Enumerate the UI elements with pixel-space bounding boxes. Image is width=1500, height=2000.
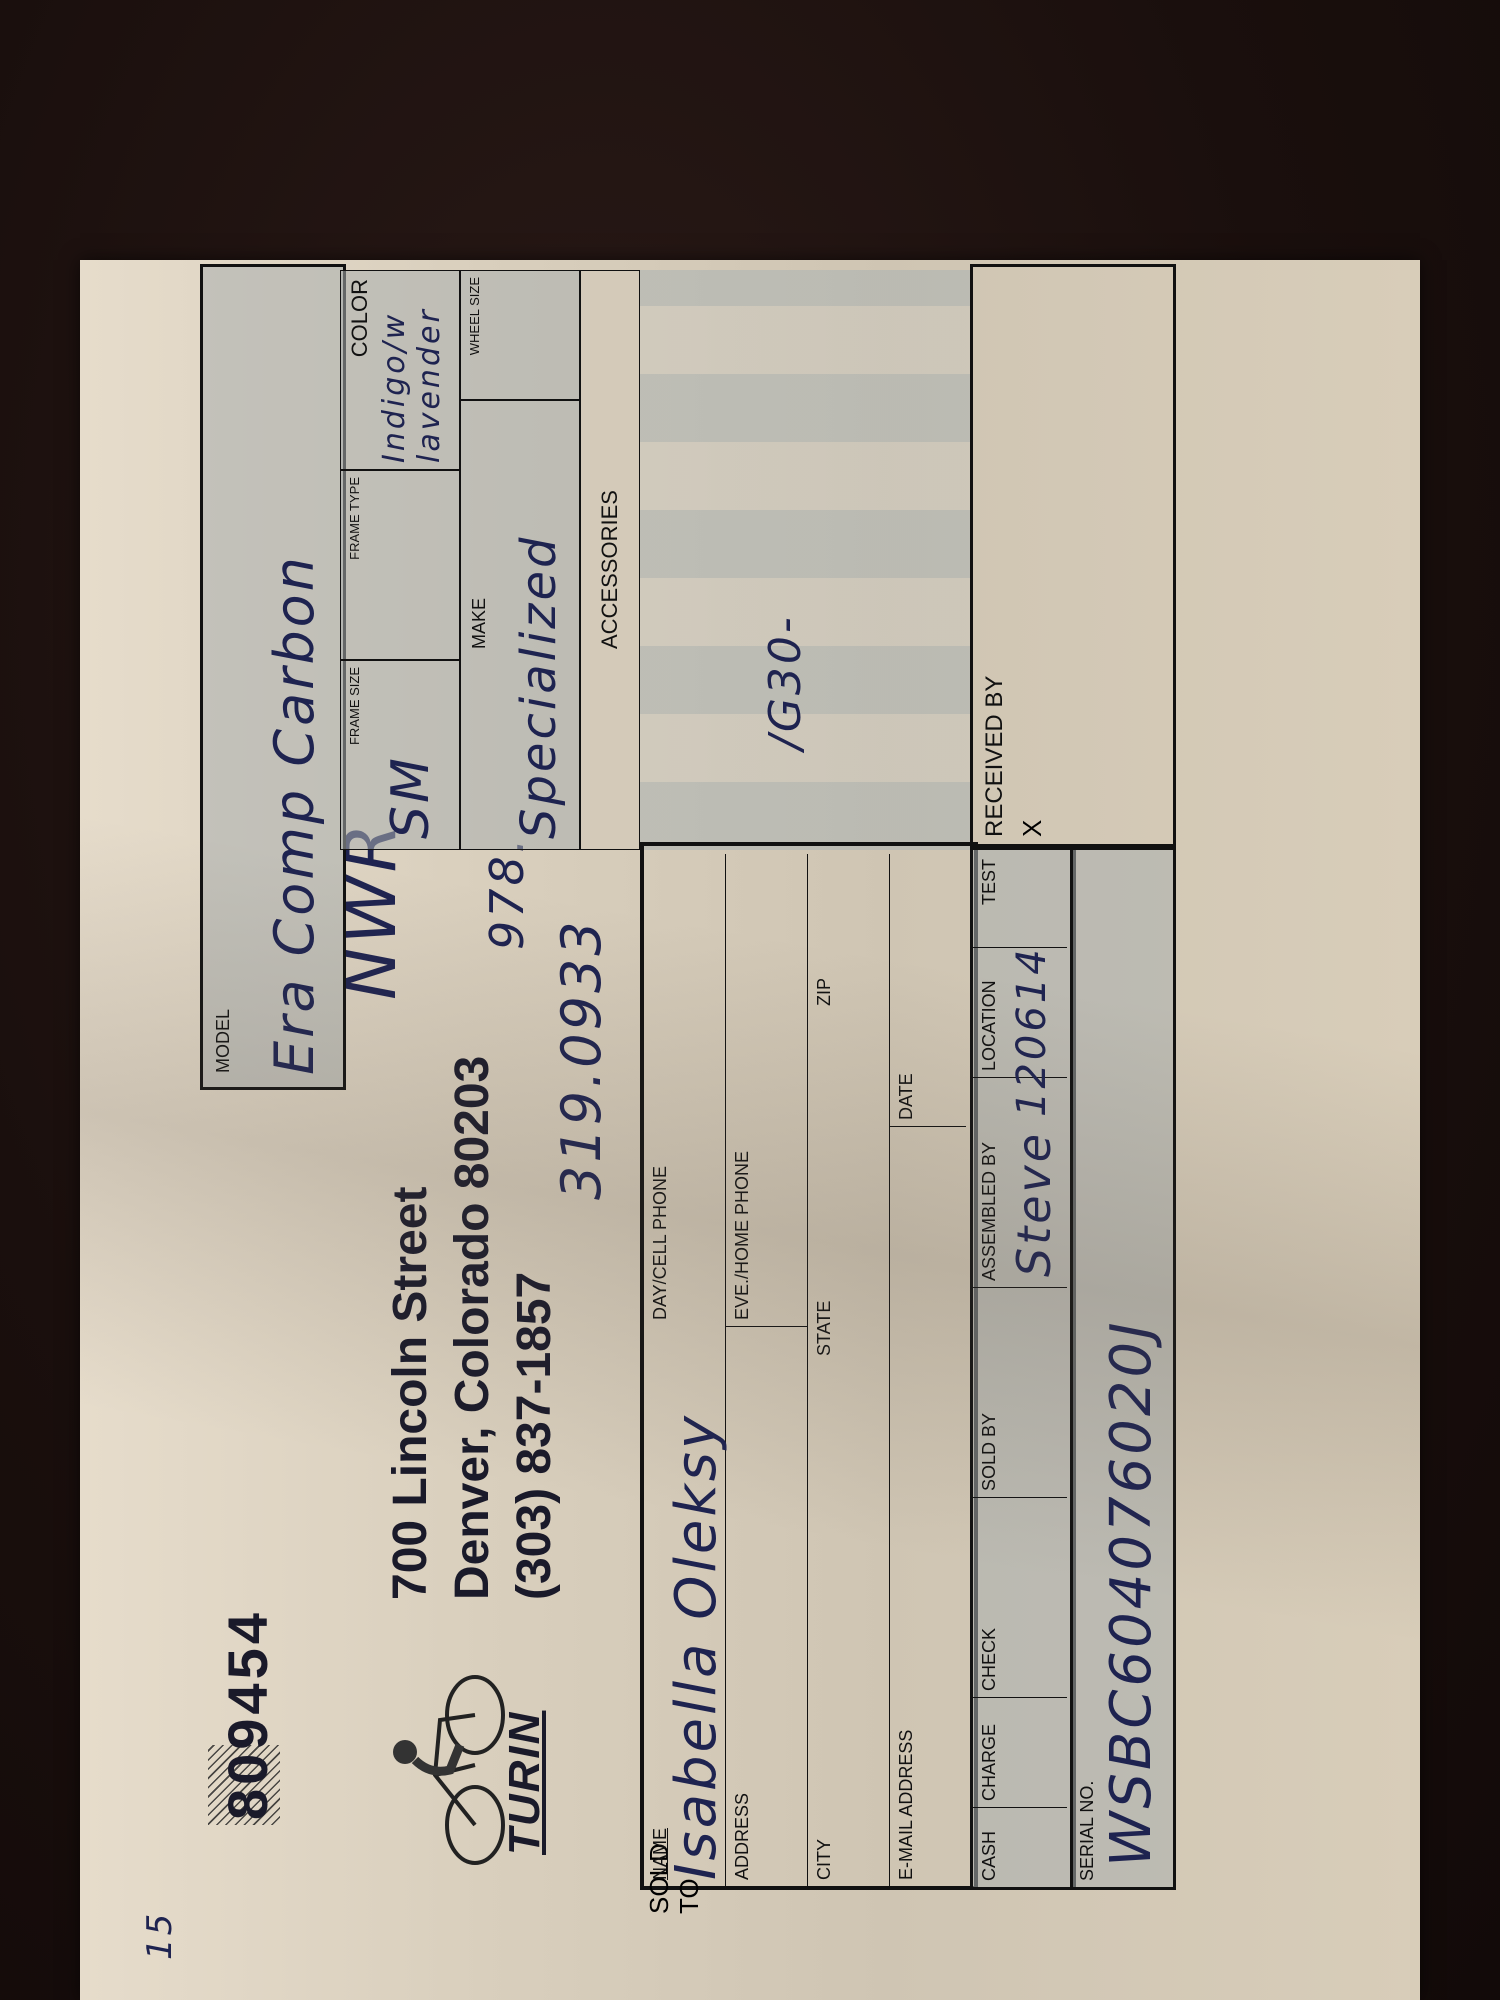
model-label: MODEL [213,1009,234,1073]
eve-phone-label: EVE./HOME PHONE [732,1151,753,1320]
location-label: LOCATION [979,980,1000,1071]
address-label: ADDRESS [732,1793,753,1880]
shop-address: 700 Lincoln Street Denver, Colorado 8020… [380,1056,566,1600]
name-value: Isabella Oleksy [664,1413,729,1880]
city-label: CITY [814,1839,835,1880]
corner-mark: 15 [140,1911,180,1960]
shop-brand: TURIN [500,1711,550,1855]
receipt-number: 809454 [215,1609,280,1820]
received-by-field: RECEIVED BY X [970,264,1176,850]
sales-receipt: 15 809454 TURIN 700 Lincoln Street Denve… [80,260,1420,2000]
make-label: MAKE [469,598,490,649]
email-field: E-MAIL ADDRESS [890,1126,966,1886]
model-value: Era Comp Carbon [263,554,326,1075]
color-label: COLOR [347,279,373,357]
model-field: MODEL Era Comp Carbon [200,264,346,1090]
frame-type-field: FRAME TYPE [340,470,460,660]
assembled-by-label: ASSEMBLED BY [979,1142,1000,1281]
accessories-field: ACCESSORIES [580,270,640,850]
state-label: STATE [814,1301,835,1356]
eve-phone-field: EVE./HOME PHONE [726,854,808,1326]
date-label: DATE [896,1073,917,1120]
test-field: TEST [973,853,1067,947]
location-field: LOCATION 120614 [973,947,1067,1077]
frame-size-label: FRAME SIZE [347,667,362,745]
frame-size-value: SM [381,755,441,839]
city-state-zip-row: CITY STATE ZIP [808,854,890,1886]
name-field: NAME Isabella Oleksy [644,1326,726,1886]
date-field: DATE [890,854,966,1126]
charge-field: CHARGE [973,1697,1067,1807]
cash-label: CASH [979,1831,1000,1881]
serial-label: SERIAL NO. [1077,1781,1098,1881]
wheel-size-label: WHEEL SIZE [467,277,482,355]
frame-size-field: FRAME SIZE SM [340,660,460,850]
frame-row: FRAME SIZE SM FRAME TYPE COLOR Indigo/w … [340,270,460,850]
email-label: E-MAIL ADDRESS [896,1730,917,1880]
signature-line-mark: X [1017,820,1048,837]
sold-to-label: SOLD TO [644,1888,704,1914]
serial-field: SERIAL NO. WSBC604076020J [1070,844,1176,1890]
make-row: MAKE Specialized WHEEL SIZE [460,270,580,850]
accessories-lines: /G30- [640,270,970,850]
sold-by-field: SOLD BY [973,1287,1067,1497]
zip-label: ZIP [814,978,835,1006]
handwritten-area-code: 978. [480,836,534,950]
received-by-label: RECEIVED BY [981,676,1009,837]
frame-type-label: FRAME TYPE [347,477,362,560]
color-value: Indigo/w lavender [377,273,447,463]
accessories-label: ACCESSORIES [597,490,623,649]
assembled-by-value: Steve [1007,1131,1061,1277]
shop-address-line2: Denver, Colorado 80203 [442,1056,504,1600]
check-label: CHECK [979,1628,1000,1691]
make-field: MAKE Specialized [460,400,580,850]
day-phone-field: DAY/CELL PHONE [644,854,726,1326]
location-value: 120614 [1009,946,1055,1117]
charge-label: CHARGE [979,1724,1000,1801]
color-field: COLOR Indigo/w lavender [340,270,460,470]
day-phone-label: DAY/CELL PHONE [650,1166,671,1320]
handwritten-phone: 319.0933 [550,918,613,1200]
payment-row: CASH CHARGE CHECK SOLD BY ASSEMBLED BY S… [970,844,1076,1890]
sold-to-block: SOLD TO NAME Isabella Oleksy DAY/CELL PH… [640,842,978,1890]
accessories-value: /G30- [760,614,811,750]
test-label: TEST [979,859,1000,905]
make-value: Specialized [511,535,567,839]
check-field: CHECK [973,1497,1067,1697]
serial-value: WSBC604076020J [1099,1319,1164,1867]
wheel-size-field: WHEEL SIZE [460,270,580,400]
cyclist-logo-icon [380,1670,520,1870]
shop-address-line1: 700 Lincoln Street [380,1056,442,1600]
address-field: ADDRESS [726,1326,808,1886]
cash-field: CASH [973,1807,1067,1887]
sold-by-label: SOLD BY [979,1413,1000,1491]
